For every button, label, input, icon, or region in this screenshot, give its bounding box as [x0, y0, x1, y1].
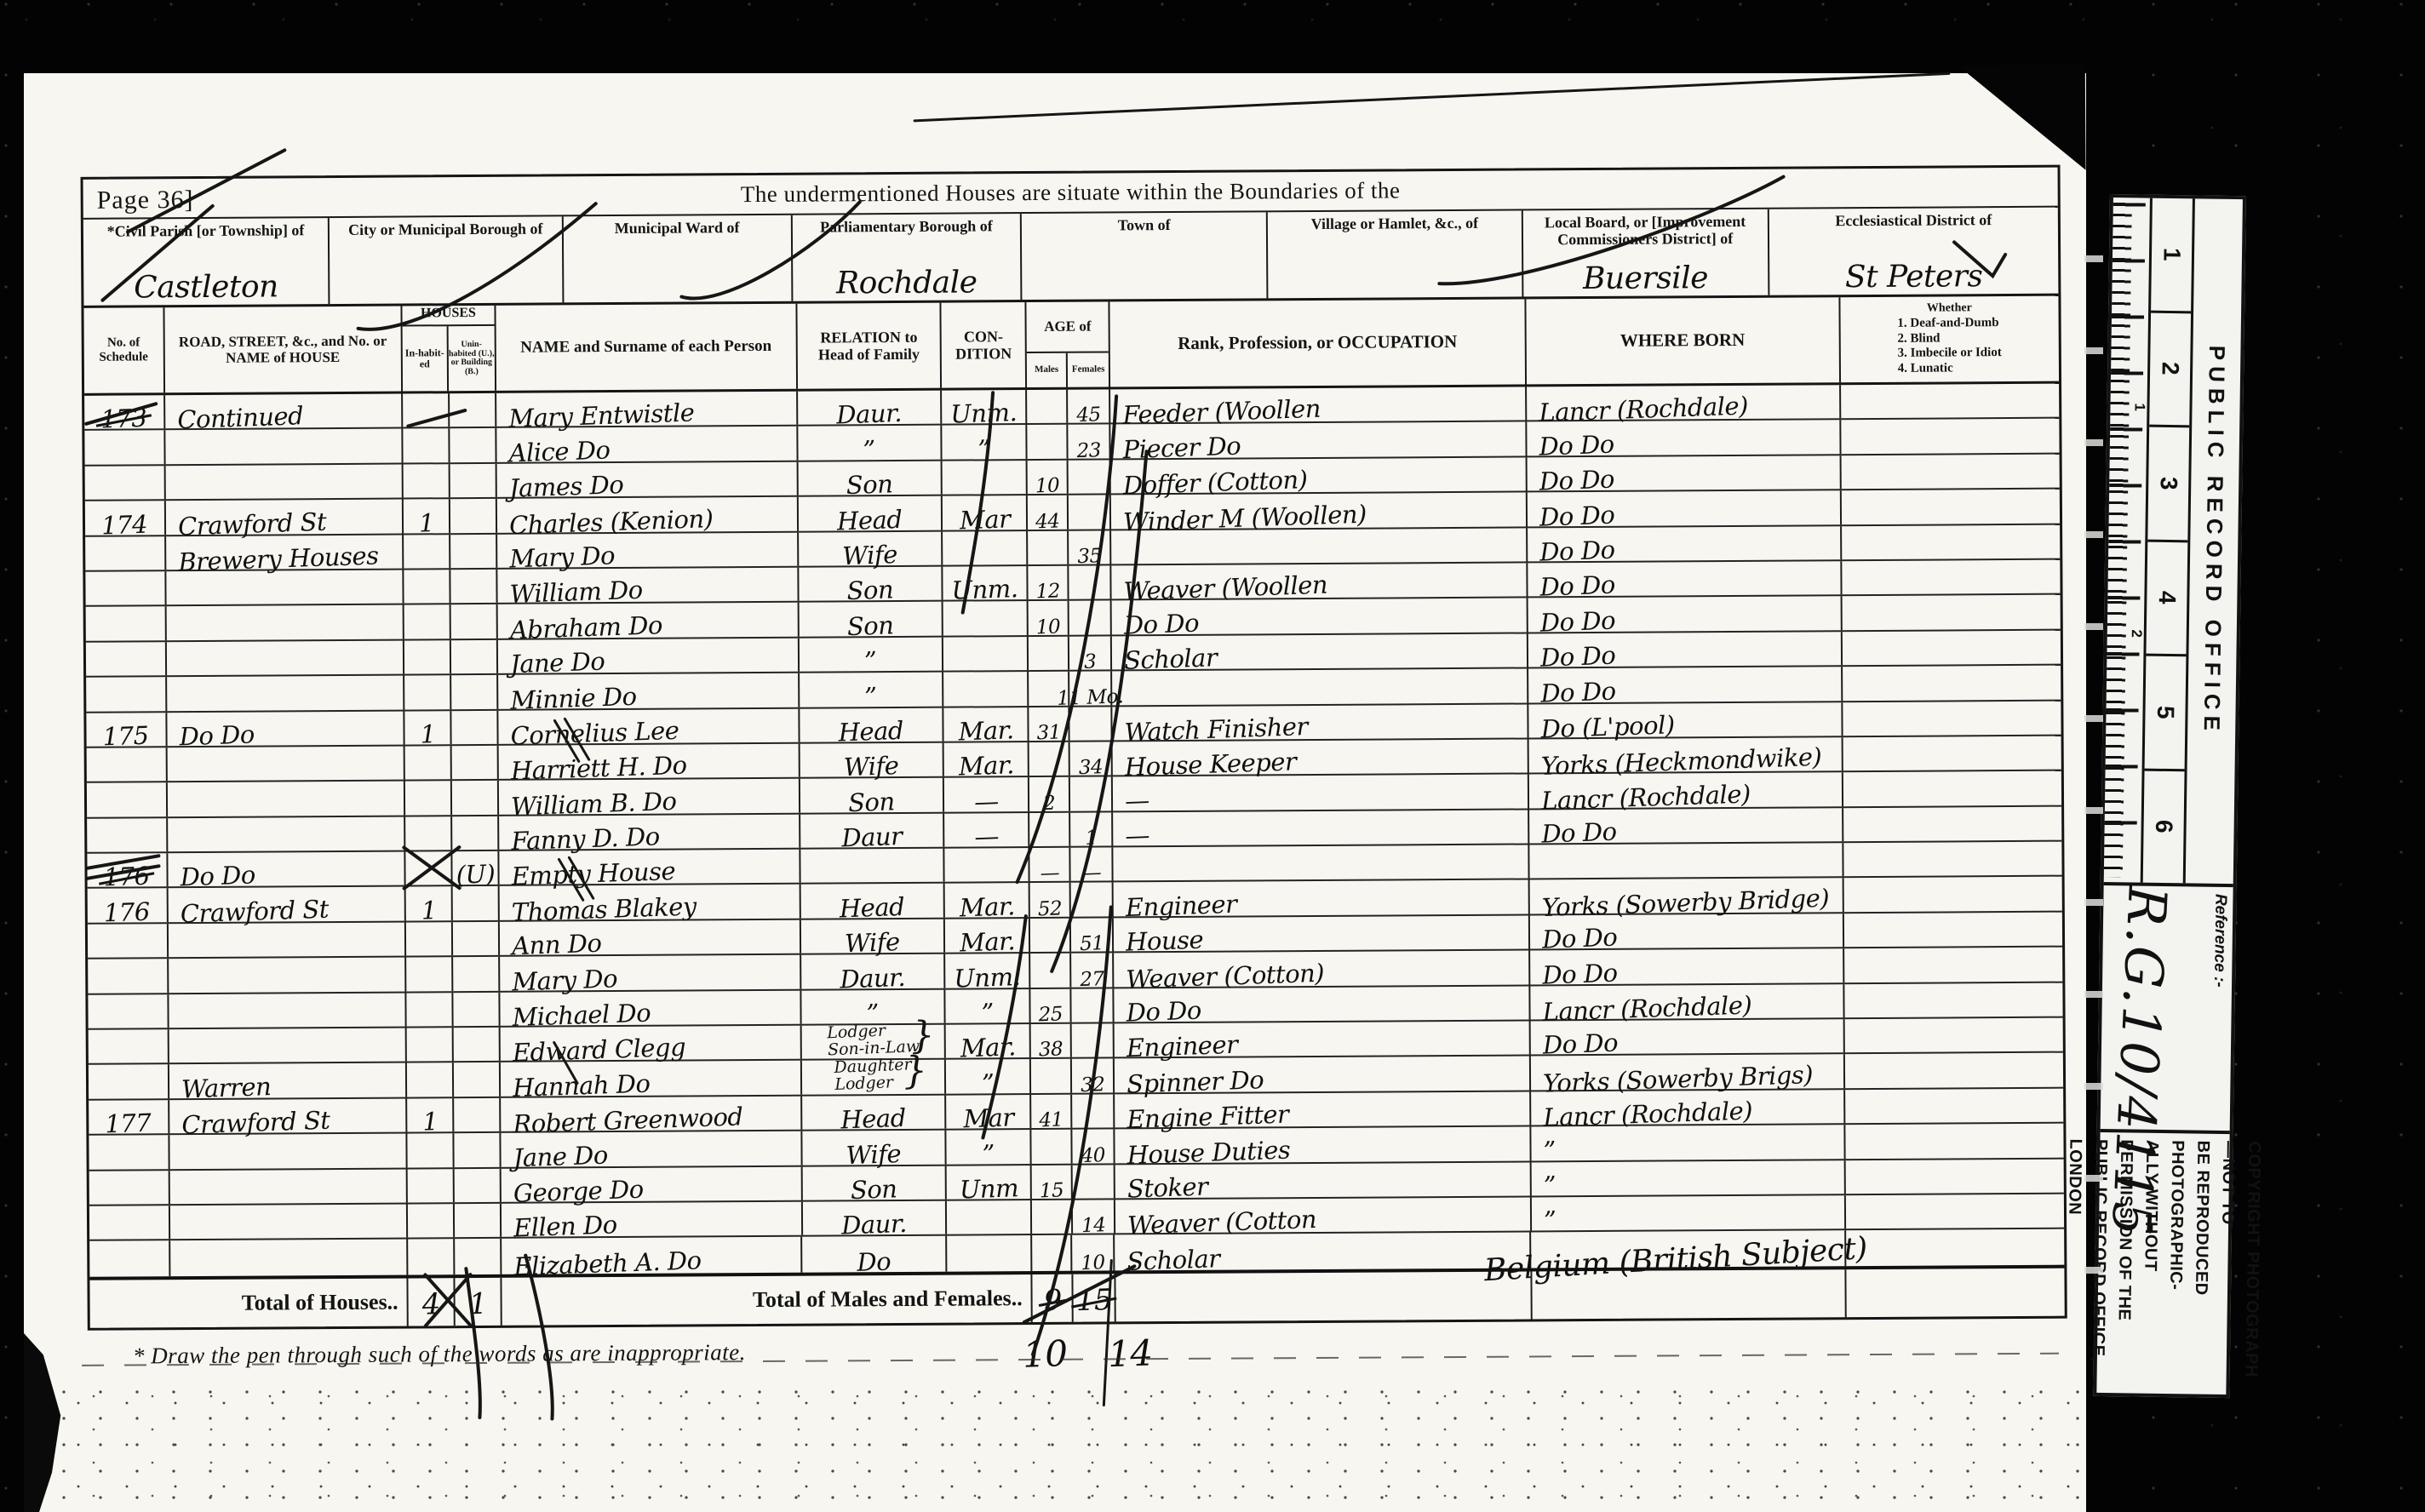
cell-value-name: Alice Do: [508, 438, 611, 466]
col-header-females: Females: [1068, 352, 1109, 387]
cell-value-inh: 1: [421, 898, 437, 924]
cell-value-occ: Spinner Do: [1127, 1068, 1264, 1097]
cell-value-name: Elizabeth A. Do: [513, 1248, 702, 1279]
cell-cond: —: [945, 813, 1030, 847]
cell-sch: [89, 1065, 169, 1099]
cell-name: Elizabeth A. Do: [502, 1237, 803, 1274]
header-field: Local Board, or [Improvement Commissione…: [1522, 209, 1769, 297]
cell-born: Do Do: [1527, 421, 1841, 456]
cell-inf: [1843, 806, 2062, 841]
cell-rel: Head: [802, 1095, 947, 1129]
cell-af: [1069, 495, 1111, 530]
cell-cond: Mar.: [946, 1024, 1031, 1058]
cell-value-rel: Wife: [844, 753, 899, 780]
cell-addr: Warren: [169, 1063, 408, 1098]
cell-occ: Doffer (Cotton): [1110, 457, 1527, 493]
cell-cond: Unm.: [946, 954, 1031, 988]
cell-value-born: Do Do: [1539, 644, 1615, 671]
cell-born: Do Do: [1528, 667, 1843, 702]
cell-inf: [1846, 1194, 2065, 1229]
cell-value-am: 12: [1035, 582, 1060, 603]
cell-value-cond: Mar.: [959, 930, 1015, 956]
cell-sch: [86, 607, 167, 641]
cell-uninh: [450, 393, 496, 427]
cell-value-af: 45: [1076, 406, 1101, 427]
cell-value-rel: Head: [839, 719, 904, 746]
cell-occ: Weaver (Cotton: [1115, 1197, 1532, 1233]
cell-addr: Continued: [165, 394, 404, 429]
cell-value-am: 31: [1036, 723, 1061, 743]
cell-af: [1070, 777, 1113, 811]
cell-value-sch: 174: [101, 512, 148, 538]
cell-value-am: 44: [1035, 512, 1060, 532]
header-field-value: Rochdale: [836, 265, 977, 301]
cell-name: Michael Do: [500, 990, 801, 1026]
cell-rel: ”: [798, 426, 943, 460]
cell-af: —: [1070, 848, 1113, 882]
cell-af: [1069, 707, 1112, 741]
cell-addr: [167, 676, 405, 711]
cell-occ: Watch Finisher: [1112, 704, 1528, 740]
cell-name: Ann Do: [500, 920, 801, 956]
cell-inf: [1843, 701, 2061, 736]
relation-two-line: DaughterLodger: [834, 1057, 913, 1096]
cell-sch: [89, 1206, 170, 1240]
cell-sch: 175: [86, 713, 167, 747]
cell-value-cond: Mar: [959, 507, 1010, 533]
cell-born: Do Do: [1530, 1019, 1844, 1055]
cell-name: Ellen Do: [502, 1202, 803, 1238]
cell-born: Yorks (Sowerby Bridge): [1529, 879, 1843, 914]
cell-inh: 1: [404, 499, 450, 533]
cell-sch: [85, 536, 166, 570]
cell-am: 38: [1031, 1024, 1072, 1058]
column-headers: No. of Schedule ROAD, STREET, &c., and N…: [83, 296, 2059, 396]
cell-value-inh: 1: [421, 1109, 438, 1135]
cell-inh: [404, 535, 450, 569]
cell-uninh: [453, 922, 500, 956]
col-header-relation: RELATION to Head of Family: [797, 303, 942, 389]
cell-am: [1029, 742, 1070, 776]
cell-af: 27: [1071, 954, 1114, 988]
cell-addr: [166, 605, 404, 640]
header-field-label: Municipal Ward of: [563, 219, 790, 238]
cell-sch: 177: [89, 1100, 169, 1134]
cell-born: Yorks (Heckmondwike): [1528, 737, 1843, 773]
cell-uninh: [452, 781, 499, 815]
cell-value-rel: Daur.: [841, 1211, 908, 1239]
cell-value-af: 1: [1085, 828, 1098, 848]
cell-addr: Brewery Houses: [166, 535, 404, 570]
cell-uninh: [454, 1062, 501, 1097]
cell-value-am: 52: [1037, 899, 1062, 919]
cell-value-rel: Head: [840, 1106, 906, 1133]
cell-af: 10: [1073, 1235, 1115, 1271]
cell-value-cond: Mar.: [958, 753, 1014, 780]
cell-name: Hannah Do: [501, 1061, 802, 1097]
cell-cond: Mar.: [944, 742, 1029, 776]
cell-cond: [943, 672, 1029, 706]
cell-addr: Crawford St: [166, 500, 404, 535]
cell-af: [1072, 1094, 1115, 1128]
cell-inf: [1845, 1053, 2064, 1088]
cell-sch: [84, 431, 165, 465]
cell-value-rel: Daur.: [836, 401, 903, 428]
cell-value-cond: Unm.: [951, 576, 1018, 604]
cell-value-born: Do Do: [1541, 925, 1617, 953]
cell-cond: ”: [943, 425, 1028, 459]
cell-am: 41: [1031, 1095, 1072, 1129]
cell-sch: [89, 1029, 169, 1063]
cell-occ: Winder M (Woollen): [1111, 493, 1528, 529]
cell-addr: Crawford St: [169, 1098, 408, 1133]
cell-value-born: ”: [1543, 1173, 1556, 1198]
cell-inh: [408, 1204, 455, 1238]
cell-value-af: 35: [1077, 547, 1102, 567]
cell-value-sch: 175: [103, 724, 150, 750]
col-header-address: ROAD, STREET, &c., and No. or NAME of HO…: [164, 306, 403, 393]
reference-box: Reference :- R.G.10/4115: [2101, 885, 2233, 1134]
cell-value-af: —: [1081, 864, 1101, 885]
cell-cond: Unm: [947, 1165, 1032, 1200]
cell-value-rel: Do: [857, 1249, 891, 1274]
cell-name: Mary Do: [497, 532, 799, 568]
cell-occ: House Duties: [1115, 1127, 1531, 1163]
ruler-number-segment: 6: [2143, 770, 2185, 883]
cell-occ: Weaver (Woollen: [1111, 563, 1528, 598]
cell-occ: —: [1113, 775, 1529, 810]
cell-value-rel: Son: [847, 613, 894, 639]
cell-occ: House Keeper: [1112, 739, 1528, 775]
cell-value-born: Do Do: [1542, 1031, 1618, 1058]
cell-inf: [1841, 454, 2060, 489]
cell-rel: Son: [802, 1165, 947, 1200]
header-field: Parliamentary Borough ofRochdale: [793, 214, 1023, 301]
header-field-label: Ecclesiastical District of: [1769, 211, 2058, 230]
cell-value-name: Mary Do: [512, 966, 618, 994]
cell-born: Lancr (Rochdale): [1530, 984, 1844, 1020]
header-field: Village or Hamlet, &c., of: [1268, 210, 1523, 298]
form-title: The undermentioned Houses are situate wi…: [83, 174, 2058, 212]
cell-inh: 1: [404, 711, 451, 745]
cell-born: Do Do: [1527, 455, 1841, 491]
ruler-number-segment: 5: [2145, 656, 2187, 771]
cell-value-cond: Unm.: [950, 400, 1018, 427]
cell-value-am: 41: [1039, 1111, 1063, 1131]
cell-inh: [405, 781, 452, 815]
header-field: Town of: [1022, 212, 1269, 300]
cell-occ: Do Do: [1111, 598, 1528, 634]
cell-uninh: [454, 1028, 501, 1062]
cell-sch: 173: [84, 395, 165, 429]
cell-born: ”: [1531, 1160, 1845, 1196]
cell-value-af: 23: [1076, 441, 1101, 461]
cell-name: Harriett H. Do: [498, 744, 800, 780]
cell-am: 2: [1029, 777, 1070, 811]
cell-value-am: 2: [1043, 793, 1056, 813]
cell-sch: 176: [87, 853, 168, 887]
total-males-females-label: Total of Males and Females..: [502, 1274, 1033, 1326]
cell-name: Fanny D. Do: [499, 814, 800, 850]
cell-inh: [403, 429, 450, 463]
cell-sch: 176: [88, 889, 169, 923]
cell-inh: 1: [407, 1098, 454, 1132]
col-header-name: NAME and Surname of each Person: [496, 304, 798, 391]
cell-af: [1071, 883, 1114, 917]
cell-value-rel: Son: [848, 789, 895, 816]
cell-value-sch: 173: [100, 406, 147, 432]
cell-name: Robert Greenwood: [501, 1096, 802, 1131]
cell-name: Charles (Kenion): [497, 497, 799, 533]
total-females: 15: [1073, 1274, 1115, 1321]
cell-rel: [800, 849, 945, 883]
cell-value-addr: Do Do: [179, 722, 255, 749]
cell-cond: [943, 637, 1029, 671]
cell-uninh: [453, 957, 500, 991]
cell-name: George Do: [501, 1166, 802, 1202]
header-field-value: Buersile: [1583, 261, 1708, 296]
cell-name: Alice Do: [496, 427, 798, 462]
ruler-box: 1 2 123456 PUBLIC RECORD OFFICE: [2104, 198, 2243, 887]
ruler-number-segment: 1: [2151, 198, 2193, 313]
cell-addr: [168, 816, 406, 851]
cell-value-born: Do Do: [1540, 679, 1616, 706]
cell-value-am: 38: [1038, 1040, 1063, 1061]
cell-af: 3: [1069, 636, 1112, 670]
cell-value-born: Do Do: [1539, 502, 1614, 530]
ruler-number-segment: 2: [2149, 312, 2191, 427]
cell-sch: [89, 1135, 169, 1169]
copyright-line: BE REPRODUCED PHOTOGRAPHIC-: [2162, 1140, 2216, 1383]
cell-value-born: Do Do: [1541, 820, 1617, 847]
cell-occ: Weaver (Cotton): [1114, 951, 1530, 987]
cell-addr: [167, 746, 405, 781]
census-form: Page 36] The undermentioned Houses are s…: [81, 165, 2067, 1331]
cell-value-name: James Do: [508, 472, 623, 501]
page-number: Page 36]: [97, 186, 194, 215]
cell-rel: ”: [800, 637, 944, 671]
cell-addr: [166, 570, 404, 604]
cell-uninh: [455, 1239, 502, 1274]
cell-am: —: [1029, 848, 1070, 882]
cell-value-name: George Do: [513, 1177, 644, 1206]
cell-born: Lancr (Rochdale): [1527, 385, 1841, 421]
cell-value-name: Ellen Do: [513, 1213, 616, 1241]
cell-rel: DaughterLodger: [802, 1060, 947, 1094]
cell-value-occ: Engineer: [1125, 892, 1236, 920]
header-field-label: Local Board, or [Improvement Commissione…: [1522, 213, 1767, 249]
cell-rel: Do: [803, 1236, 948, 1272]
cell-inf: [1841, 384, 2060, 419]
cell-sch: [88, 994, 169, 1028]
cell-addr: Do Do: [167, 711, 405, 746]
cell-born: Lancr (Rochdale): [1528, 773, 1843, 809]
cell-am: [1027, 390, 1068, 424]
cell-inf: [1843, 771, 2062, 806]
cell-value-af: 32: [1081, 1075, 1105, 1096]
cell-value-born: Do Do: [1539, 467, 1614, 495]
cell-uninh: [451, 604, 498, 639]
cell-value-cond: ”: [982, 1142, 995, 1166]
cell-inh: [408, 1169, 455, 1203]
cell-af: 14: [1073, 1200, 1115, 1234]
cell-cond: [943, 461, 1028, 495]
cell-born: Do Do: [1529, 913, 1843, 949]
cell-inh: [403, 393, 450, 427]
cell-value-am: 25: [1038, 1005, 1063, 1025]
cell-am: [1031, 1059, 1072, 1093]
cell-cond: [943, 601, 1029, 635]
cell-value-born: Do Do: [1539, 573, 1615, 600]
cell-value-born: Do Do: [1539, 538, 1614, 565]
header-field-label: *Civil Parish [or Township] of: [83, 221, 328, 240]
cell-born: Do Do: [1528, 526, 1842, 562]
cell-uninh: [454, 1098, 501, 1132]
cell-value-rel: ”: [864, 649, 877, 673]
cell-sch: [88, 924, 169, 958]
cell-name: Jane Do: [498, 638, 800, 673]
cell-value-name: Michael Do: [512, 1001, 651, 1031]
cell-sch: [87, 783, 168, 817]
ruler-inch-number: 2: [2128, 629, 2145, 638]
header-field-label: Parliamentary Borough of: [793, 217, 1020, 236]
header-fields: *Civil Parish [or Township] ofCastletonC…: [83, 208, 2059, 308]
cell-value-cond: ”: [981, 1000, 994, 1025]
cell-value-born: ”: [1543, 1138, 1556, 1163]
cell-value-born: Do Do: [1539, 432, 1614, 459]
cell-inh: [404, 640, 451, 674]
cell-inh: [404, 605, 451, 639]
header-field: Ecclesiastical District ofSt Peters: [1769, 208, 2059, 295]
cell-addr: [169, 1169, 408, 1204]
cell-value-occ: Scholar: [1127, 1246, 1220, 1274]
cell-value-am: —: [1040, 864, 1059, 885]
cell-am: [1030, 919, 1071, 953]
cell-value-cond: ”: [982, 1071, 995, 1096]
cell-uninh: [450, 428, 496, 462]
cell-value-af: 40: [1081, 1146, 1105, 1166]
col-header-houses: HOUSES In-habit-ed Unin-habited (U.), or…: [402, 306, 496, 392]
cell-sch: [89, 1171, 170, 1205]
cell-addr: [169, 993, 407, 1028]
cell-value-name: Jane Do: [513, 1143, 608, 1171]
cell-value-af: 51: [1080, 934, 1104, 954]
page-edge-line: [914, 73, 1949, 120]
cell-occ: [1112, 669, 1528, 705]
cell-rel: ”: [800, 673, 944, 707]
cell-rel: Daur: [800, 813, 945, 847]
cell-born: Belgium (British Subject): [1531, 1231, 1846, 1269]
cell-cond: ”: [946, 989, 1031, 1023]
cell-inh: [406, 957, 453, 991]
total-males: 9: [1033, 1274, 1074, 1322]
cell-am: 10: [1028, 461, 1069, 495]
cell-inf: [1845, 1088, 2064, 1123]
cell-sch: [87, 747, 168, 782]
cell-name: Jane Do: [501, 1131, 802, 1167]
cell-addr: [169, 1134, 408, 1169]
cell-born: Do Do: [1527, 490, 1841, 526]
cell-cond: Mar.: [944, 707, 1029, 742]
col-header-schedule: No. of Schedule: [83, 307, 164, 393]
cell-occ: Do Do: [1114, 986, 1530, 1022]
cell-af: 11 Mo.: [1069, 672, 1112, 706]
cell-value-af: 3: [1084, 652, 1097, 672]
cell-am: [1032, 1130, 1073, 1164]
cell-occ: Spinner Do: [1115, 1057, 1531, 1092]
cell-cond: Mar: [947, 1095, 1032, 1129]
cell-am: [1030, 954, 1071, 988]
cell-value-af: 10: [1081, 1253, 1105, 1274]
ruler-number-segment: 3: [2147, 427, 2189, 542]
cell-value-rel: ”: [864, 684, 877, 708]
cell-name: Minnie Do: [498, 673, 800, 709]
total-houses-inhabited: 4: [408, 1278, 455, 1326]
cell-uninh: [452, 746, 499, 780]
cell-uninh: [450, 499, 497, 533]
cell-value-occ: —: [1125, 787, 1149, 813]
cell-born: [1529, 843, 1843, 879]
cell-value-occ: Engineer: [1126, 1033, 1237, 1061]
cell-value-born: Do Do: [1539, 608, 1615, 635]
cell-uninh: [452, 816, 499, 850]
cell-value-uninh: (U): [456, 862, 496, 889]
cell-af: 40: [1072, 1130, 1115, 1164]
cell-occ: Engine Fitter: [1115, 1091, 1531, 1127]
cell-value-cond: —: [974, 824, 999, 850]
cell-af: 32: [1072, 1059, 1115, 1093]
cell-value-occ: —: [1125, 823, 1149, 849]
cell-uninh: [451, 675, 498, 709]
cell-value-name: Ann Do: [511, 931, 601, 959]
cell-inh: [408, 1240, 455, 1275]
cell-value-cond: —: [974, 789, 999, 815]
cell-sch: 174: [85, 501, 166, 535]
header-field-label: Village or Hamlet, &c., of: [1268, 215, 1521, 233]
cell-value-born: Do Do: [1542, 960, 1618, 988]
cell-am: [1029, 636, 1069, 670]
cell-inh: 1: [406, 887, 453, 921]
cell-inh: [407, 1063, 454, 1097]
cell-cond: [943, 531, 1028, 565]
cell-addr: [165, 429, 404, 464]
cell-value-name: Jane Do: [509, 650, 605, 678]
cell-inf: [1845, 1159, 2064, 1194]
cell-cond: Mar.: [945, 919, 1030, 953]
header-field-label: Town of: [1022, 215, 1266, 234]
header-field: Municipal Ward of: [563, 215, 793, 303]
cell-value-rel: Son: [851, 1177, 897, 1203]
cell-born: Do Do: [1529, 808, 1843, 844]
cell-inf: [1844, 948, 2063, 982]
cell-uninh: [450, 570, 497, 604]
cell-cond: ”: [947, 1130, 1032, 1164]
header-field: *Civil Parish [or Township] ofCastleton: [83, 218, 330, 306]
cell-value-rel: Head: [840, 895, 905, 922]
cell-value-occ: Do Do: [1126, 999, 1201, 1026]
office-name: PUBLIC RECORD OFFICE: [2186, 198, 2243, 884]
cell-inf: [1842, 560, 2061, 595]
cell-name: Abraham Do: [497, 603, 799, 639]
cell-am: [1028, 530, 1069, 564]
cell-inf: [1844, 1018, 2063, 1053]
cell-af: [1073, 1165, 1115, 1199]
cell-am: 25: [1031, 988, 1072, 1022]
cell-inf: [1841, 419, 2060, 454]
cell-inf: [1845, 1124, 2064, 1159]
cell-am: 12: [1028, 566, 1069, 600]
cell-rel: Wife: [800, 743, 944, 777]
